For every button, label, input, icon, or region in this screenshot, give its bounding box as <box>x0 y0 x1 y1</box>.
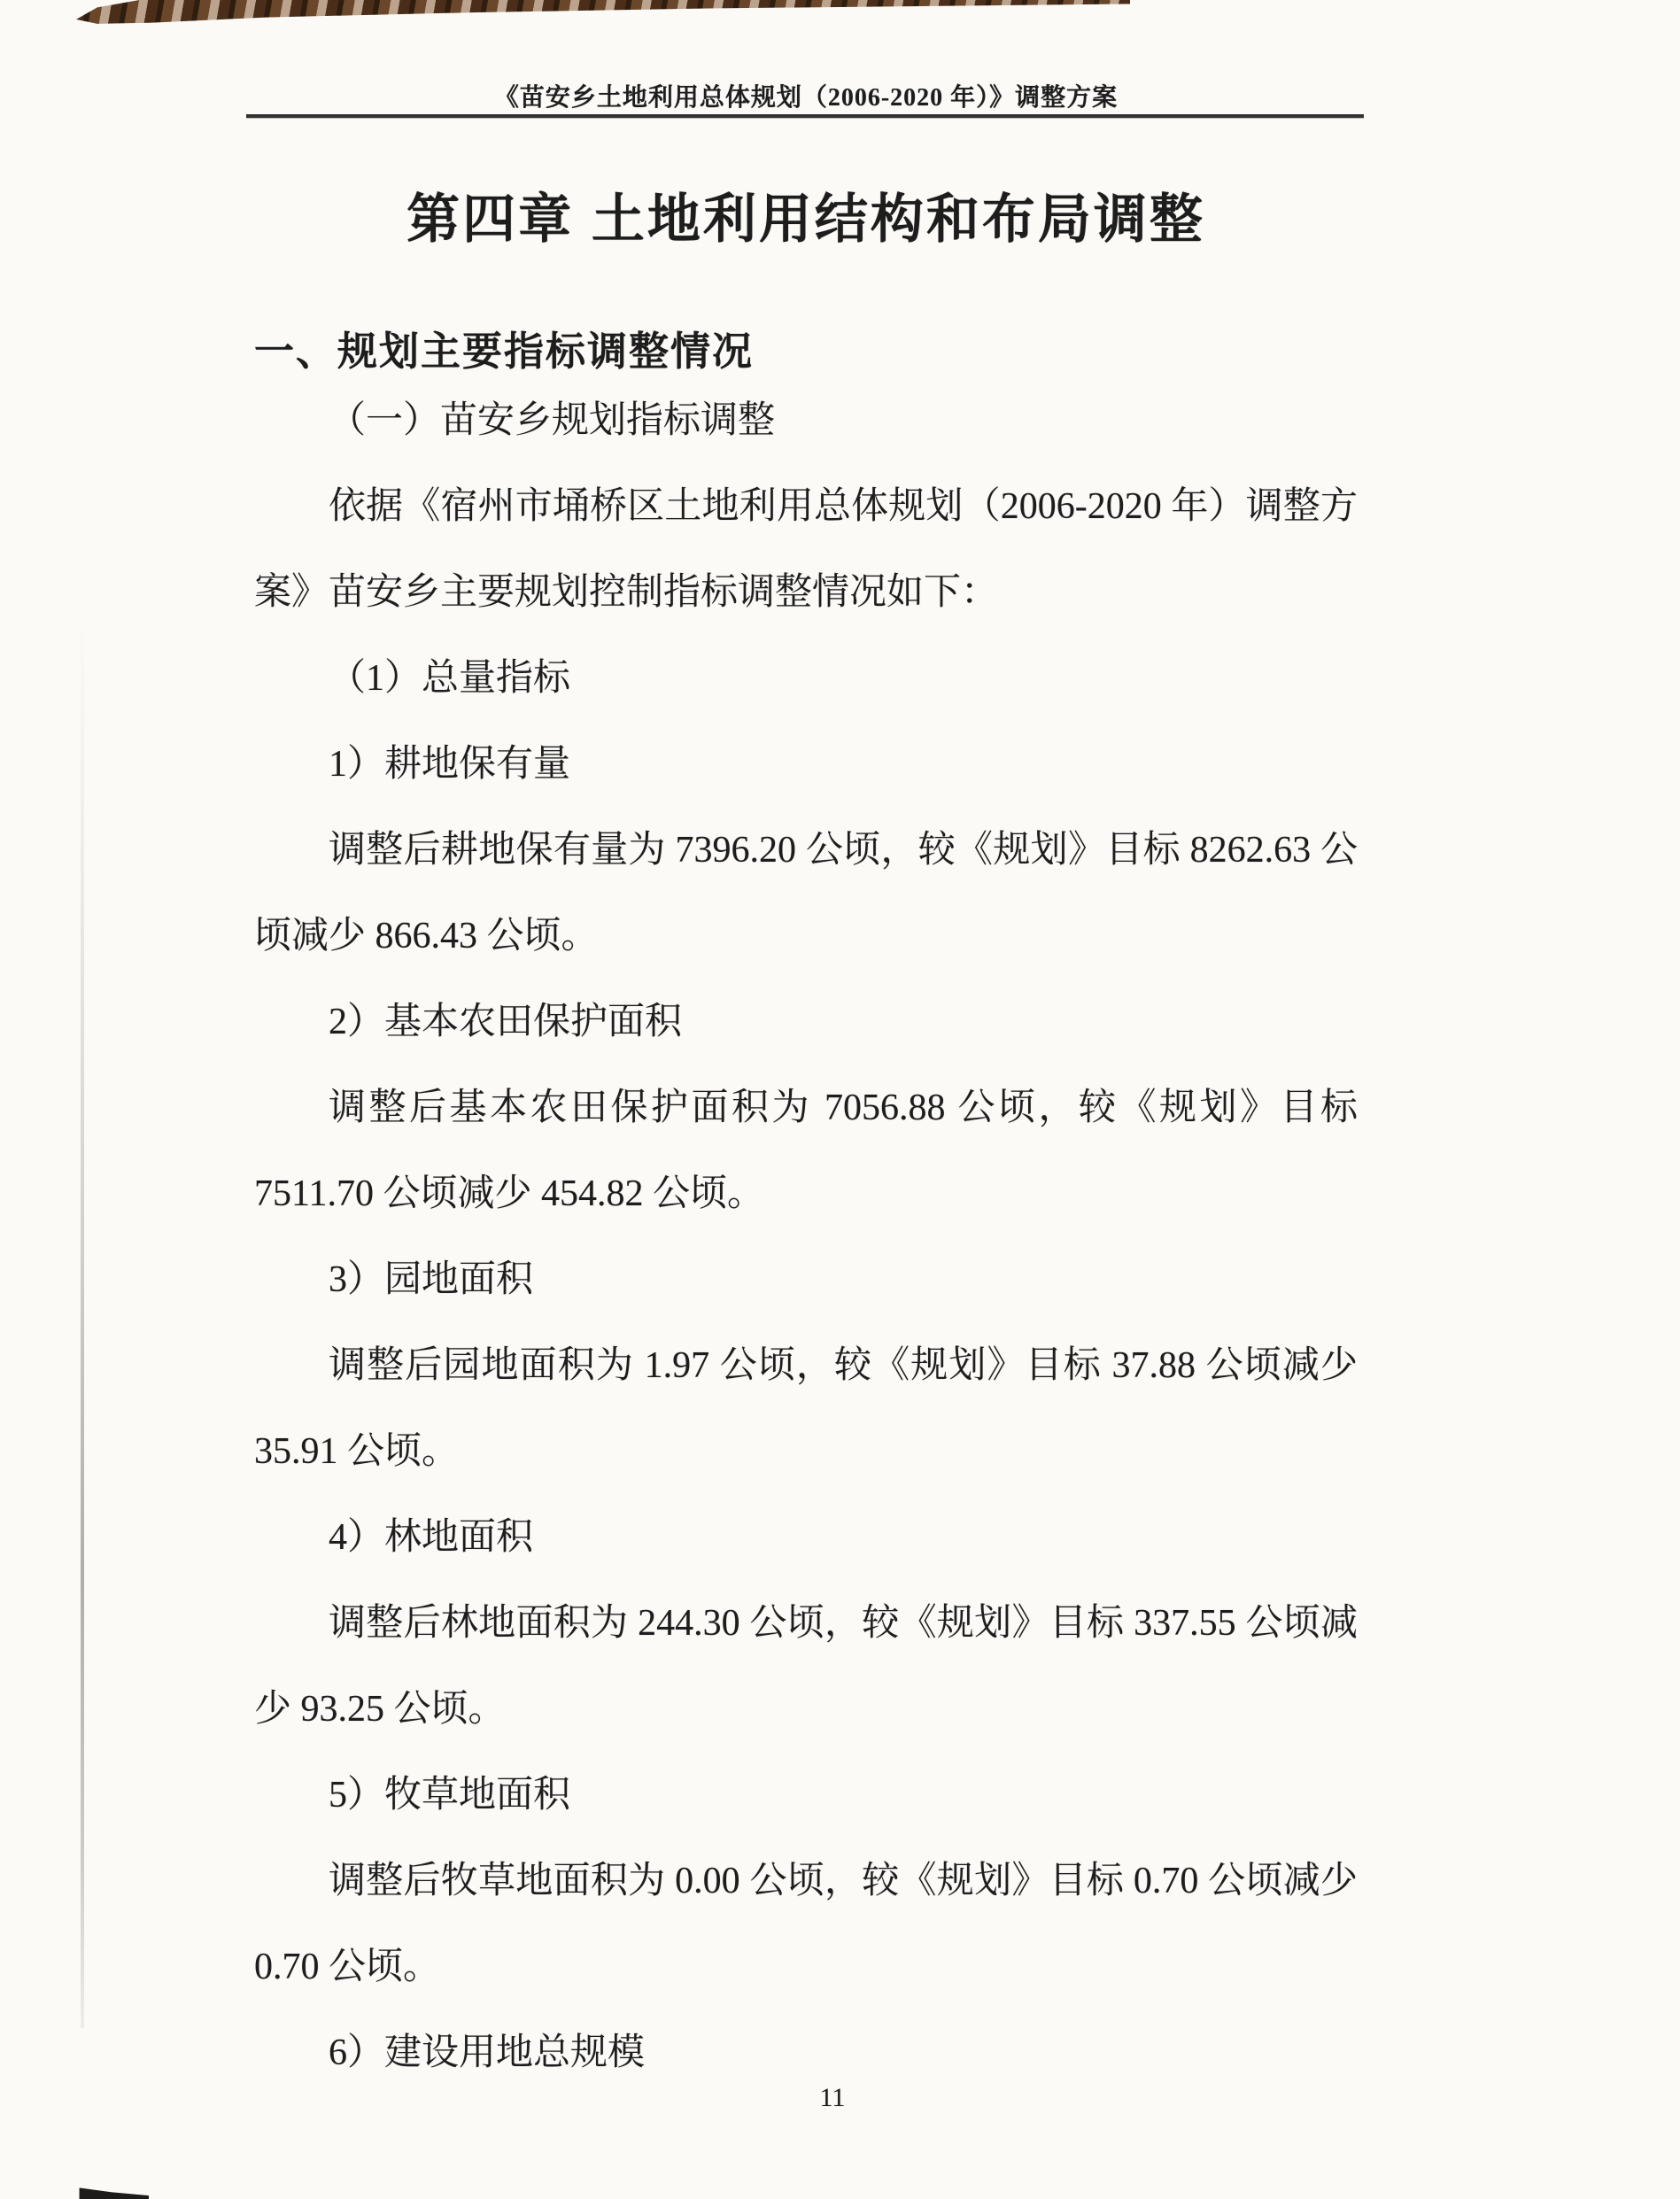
chapter-title: 第四章 土地利用结构和布局调整 <box>254 177 1358 253</box>
text-line: 4）林地面积 <box>254 1495 1358 1581</box>
text-line: 调整后园地面积为 1.97 公顷，较《规划》目标 37.88 公顷减少 <box>254 1323 1358 1409</box>
header-rule <box>246 114 1364 118</box>
text-line: 调整后林地面积为 244.30 公顷，较《规划》目标 337.55 公顷减 <box>254 1581 1358 1667</box>
text-line: 7511.70 公顷减少 454.82 公顷。 <box>254 1151 1358 1237</box>
text-line: 调整后基本农田保护面积为 7056.88 公顷，较《规划》目标 <box>254 1065 1358 1151</box>
text-line: 少 93.25 公顷。 <box>254 1667 1358 1753</box>
section-heading: 一、规划主要指标调整情况 <box>254 319 754 376</box>
body-text: （一）苗安乡规划指标调整依据《宿州市埇桥区土地利用总体规划（2006-2020 … <box>254 378 1358 2096</box>
running-header: 《苗安乡土地利用总体规划（2006-2020 年）》调整方案 <box>254 78 1358 113</box>
text-line: 3）园地面积 <box>254 1237 1358 1323</box>
text-line: 调整后牧草地面积为 0.00 公顷，较《规划》目标 0.70 公顷减少 <box>254 1839 1358 1924</box>
text-line: 1）耕地保有量 <box>254 722 1358 808</box>
text-line: 调整后耕地保有量为 7396.20 公顷，较《规划》目标 8262.63 公 <box>254 808 1358 894</box>
text-line: （1）总量指标 <box>254 636 1358 722</box>
page-number: 11 <box>779 2083 886 2113</box>
text-line: 顷减少 866.43 公顷。 <box>254 894 1358 979</box>
scan-artifact-top-band <box>76 0 1130 25</box>
scan-artifact-corner-mark <box>55 2187 149 2199</box>
text-line: （一）苗安乡规划指标调整 <box>254 378 1358 464</box>
text-line: 35.91 公顷。 <box>254 1409 1358 1495</box>
text-line: 依据《宿州市埇桥区土地利用总体规划（2006-2020 年）调整方 <box>254 464 1358 550</box>
text-line: 0.70 公顷。 <box>254 1924 1358 2010</box>
text-line: 2）基本农田保护面积 <box>254 979 1358 1065</box>
text-line: 5）牧草地面积 <box>254 1753 1358 1839</box>
text-line: 案》苗安乡主要规划控制指标调整情况如下： <box>254 550 1358 636</box>
scan-artifact-left-streak <box>81 611 84 2028</box>
document-page: 《苗安乡土地利用总体规划（2006-2020 年）》调整方案 第四章 土地利用结… <box>0 0 1680 2199</box>
